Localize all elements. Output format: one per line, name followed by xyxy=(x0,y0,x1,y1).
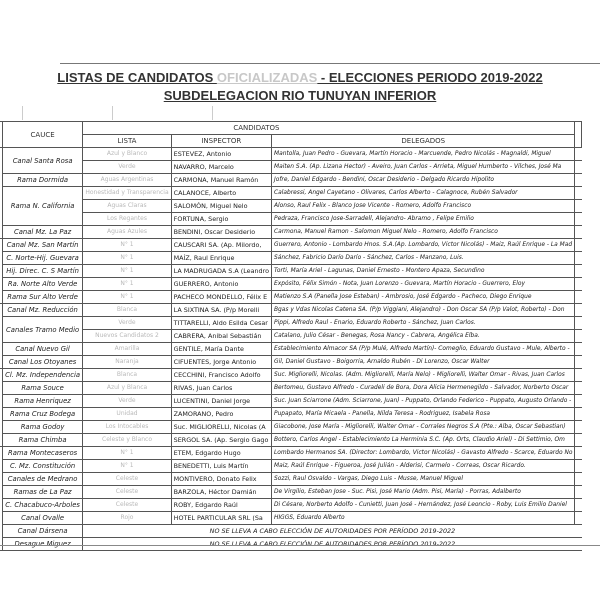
inspector-cell: CARMONA, Manuel Ramón xyxy=(171,174,271,187)
cauce-cell: C. Norte-Hij. Guevara xyxy=(2,252,83,265)
delegados-cell: Sánchez, Fabricio Darío Darío - Sánchez,… xyxy=(272,252,575,265)
table-row: NCIACl. Mz. IndependenciaBlancaCECCHINI,… xyxy=(0,369,582,382)
cauce-cell: Canal Ovalle xyxy=(2,512,83,525)
cauce-cell: Rama Montecaseros xyxy=(2,447,83,460)
delegados-cell: Suc. Juan Sciarrone (Adm. Sciarrone, Jua… xyxy=(272,395,575,408)
table-row: Rama N. CaliforniaHonestidad y Transpare… xyxy=(0,187,582,200)
lista-cell: Celeste xyxy=(83,486,171,499)
table-row: Ra. Norte Alto VerdeN° 1GUERRERO, Antoni… xyxy=(0,278,582,291)
cauce-cell: Canal Santa Rosa xyxy=(2,148,83,174)
delegados-cell: Carmona, Manuel Ramon - Salomon Miguel N… xyxy=(272,226,575,239)
lista-cell: N° 1 xyxy=(83,447,171,460)
inspector-cell: HOTEL PARTICULAR SRL (Sa xyxy=(171,512,271,525)
delegados-cell: Alonso, Raul Felix - Blanco Jose Vicente… xyxy=(272,200,575,213)
delegados-cell: Gil, Daniel Gustavo - Boigorria, Arnaldo… xyxy=(272,356,575,369)
lista-cell: Los Intocables xyxy=(83,421,171,434)
lista-cell: Los Regantes xyxy=(83,213,171,226)
inspector-cell: BARZOLA, Héctor Damián xyxy=(171,486,271,499)
table-row: Rama DormidaAguas ArgentinasCARMONA, Man… xyxy=(0,174,582,187)
table-row: Rama GodoyLos IntocablesSuc. MIGLIORELLI… xyxy=(0,421,582,434)
table-row: C. Norte-Hij. GuevaraN° 1MAÍZ, Raul Enri… xyxy=(0,252,582,265)
extra-cell xyxy=(575,382,582,395)
cauce-cell: Canales Tramo Medio xyxy=(2,317,83,343)
lista-cell: Blanca xyxy=(83,369,171,382)
cauce-cell: Canales de Medrano xyxy=(2,473,83,486)
inspector-cell: GUERRERO, Antonio xyxy=(171,278,271,291)
extra-cell xyxy=(575,252,582,265)
cauce-cell: Rama Cruz Bodega xyxy=(2,408,83,421)
inspector-cell: ETEM, Edgardo Hugo xyxy=(171,447,271,460)
delegados-cell: Mantolla, Juan Pedro - Guevara, Martín H… xyxy=(272,148,575,161)
delegados-cell: HIGGS, Eduardo Alberto xyxy=(272,512,575,525)
table-row: Aguas ClarasSALOMÓN, Miguel NeloAlonso, … xyxy=(0,200,582,213)
delegados-cell: Establecimiento Almacor SA (P/p Mulé, Al… xyxy=(272,343,575,356)
lista-cell: Unidad xyxy=(83,408,171,421)
extra-cell xyxy=(575,148,582,161)
lista-cell: N° 1 xyxy=(83,278,171,291)
no-election-note: NO SE LLEVA A CABO ELECCIÓN DE AUTORIDAD… xyxy=(83,525,582,538)
table-row: C. Mz. ConstituciónN° 1BENEDETTI, Luis M… xyxy=(0,460,582,473)
delegados-cell: Maiz, Raúl Enrique - Figueroa, José Juli… xyxy=(272,460,575,473)
cauce-cell: Canal Dársena xyxy=(2,525,83,538)
extra-cell xyxy=(575,499,582,512)
cauce-cell: Canal Mz. La Paz xyxy=(2,226,83,239)
extra-cell xyxy=(575,356,582,369)
lista-cell: N° 1 xyxy=(83,239,171,252)
extra-cell xyxy=(575,473,582,486)
inspector-cell: BENDINI, Oscar Desiderio xyxy=(171,226,271,239)
inspector-cell: CECCHINI, Francisco Adolfo xyxy=(171,369,271,382)
table-row: Ramas de La PazCelesteBARZOLA, Héctor Da… xyxy=(0,486,582,499)
table-body: OSACanal Santa RosaAzul y BlancoESTEVEZ,… xyxy=(0,148,582,551)
delegados-cell: Catalano, Julio César - Benegas, Rosa Na… xyxy=(272,330,575,343)
inspector-cell: PACHECO MONDELLO, Félix E xyxy=(171,291,271,304)
lista-cell: Verde xyxy=(83,317,171,330)
table-row: Canal Los OtoyanesNaranjaCIFUENTES, Jorg… xyxy=(0,356,582,369)
extra-cell xyxy=(575,369,582,382)
lista-cell: Aguas Azules xyxy=(83,226,171,239)
extra-cell xyxy=(575,213,582,226)
bottom-rule xyxy=(0,545,600,546)
lista-cell: N° 1 xyxy=(83,291,171,304)
cauce-cell: Hij. Direc. C. S Martín xyxy=(2,265,83,278)
delegados-cell: Giacobone, Jose María - Migliorelli, Wal… xyxy=(272,421,575,434)
lista-cell: Nuevos Candidatos 2 xyxy=(83,330,171,343)
inspector-cell: LUCENTINI, Daniel Jorge xyxy=(171,395,271,408)
table-row: Canal Nuevo GilAmarillaGENTILE, María Da… xyxy=(0,343,582,356)
inspector-cell: LA MADRUGADA S.A (Leandro xyxy=(171,265,271,278)
inspector-cell: RIVAS, Juan Carlos xyxy=(171,382,271,395)
column-tick xyxy=(112,106,113,120)
lista-cell: Celeste xyxy=(83,499,171,512)
header-lista: LISTA xyxy=(83,135,171,148)
cauce-cell: Canal Los Otoyanes xyxy=(2,356,83,369)
delegados-cell: Pupapato, María Micaela - Panella, Nilda… xyxy=(272,408,575,421)
document-title: LISTAS DE CANDIDATOS OFICIALIZADAS - ELE… xyxy=(0,70,600,85)
extra-cell xyxy=(575,265,582,278)
lista-cell: Blanca xyxy=(83,304,171,317)
extra-cell xyxy=(575,343,582,356)
table-row: Los RegantesFORTUNA, SergioPedraza, Fran… xyxy=(0,213,582,226)
extra-cell xyxy=(575,408,582,421)
table-row: Nuevos Candidatos 2CABRERA, Anibal Sebas… xyxy=(0,330,582,343)
cauce-cell: Canal Nuevo Gil xyxy=(2,343,83,356)
cauce-cell: C. Chacabuco-Arboles xyxy=(2,499,83,512)
cauce-cell: Canal Mz. San Martín xyxy=(2,239,83,252)
table-row: Canales de MedranoCelesteMONTIVERO, Dona… xyxy=(0,473,582,486)
title-part-1: LISTAS DE CANDIDATOS xyxy=(57,70,217,85)
extra-cell xyxy=(575,239,582,252)
extra-cell xyxy=(575,395,582,408)
document-subtitle: SUBDELEGACION RIO TUNUYAN INFERIOR xyxy=(0,88,600,103)
inspector-cell: FORTUNA, Sergio xyxy=(171,213,271,226)
extra-cell xyxy=(575,434,582,447)
inspector-cell: MAÍZ, Raul Enrique xyxy=(171,252,271,265)
extra-cell xyxy=(575,200,582,213)
cauce-cell: Ramas de La Paz xyxy=(2,486,83,499)
extra-cell xyxy=(575,317,582,330)
extra-cell xyxy=(575,174,582,187)
table-row: Rama SouceAzul y BlancaRIVAS, Juan Carlo… xyxy=(0,382,582,395)
table-row: SRama MontecaserosN° 1ETEM, Edgardo Hugo… xyxy=(0,447,582,460)
delegados-cell: Pippi, Alfredo Raul - Enario, Eduardo Ro… xyxy=(272,317,575,330)
table-row: Rama HenriquezVerdeLUCENTINI, Daniel Jor… xyxy=(0,395,582,408)
lista-cell: N° 1 xyxy=(83,460,171,473)
inspector-cell: CIFUENTES, Jorge Antonio xyxy=(171,356,271,369)
header-extra xyxy=(575,122,582,148)
extra-cell xyxy=(575,486,582,499)
cauce-cell: Canal Mz. Reducción xyxy=(2,304,83,317)
extra-cell xyxy=(575,304,582,317)
extra-cell xyxy=(575,460,582,473)
extra-cell xyxy=(575,330,582,343)
lista-cell: Celeste y Blanco xyxy=(83,434,171,447)
inspector-cell: TITTARELLI, Aldo Esilda Cesar xyxy=(171,317,271,330)
inspector-cell: NAVARRO, Marcelo xyxy=(171,161,271,174)
inspector-cell: ZAMORANO, Pedro xyxy=(171,408,271,421)
lista-cell: N° 1 xyxy=(83,252,171,265)
delegados-cell: Guerrero, Antonio - Lombardo Hnos. S.A.(… xyxy=(272,239,575,252)
delegados-cell: Di Césare, Norberto Adolfo - Cunietti, J… xyxy=(272,499,575,512)
table-row: Canal OvalleRojoHOTEL PARTICULAR SRL (Sa… xyxy=(0,512,582,525)
delegados-cell: Sozzi, Raul Osvaldo - Vargas, Diego Luis… xyxy=(272,473,575,486)
inspector-cell: CALANOCE, Alberto xyxy=(171,187,271,200)
delegados-cell: Maiten S.A. (Ap. Lizana Hector) - Aveiro… xyxy=(272,161,575,174)
inspector-cell: SERGOL SA. (Ap. Sergio Gago xyxy=(171,434,271,447)
extra-cell xyxy=(575,512,582,525)
delegados-cell: Pedraza, Francisco Jose-Sarradell, Aleja… xyxy=(272,213,575,226)
cauce-cell: Cl. Mz. Independencia xyxy=(2,369,83,382)
delegados-cell: Bertomeu, Gustavo Alfredo - Curadeli de … xyxy=(272,382,575,395)
extra-cell xyxy=(575,226,582,239)
cauce-cell: Rama Dormida xyxy=(2,174,83,187)
table-row: INCanal Mz. San MartínN° 1CAUSCARI SA. (… xyxy=(0,239,582,252)
lista-cell: Naranja xyxy=(83,356,171,369)
delegados-cell: Jofre, Daniel Edgardo - Bendini, Oscar D… xyxy=(272,174,575,187)
table-row: IACanal Mz. ReducciónBlancaLA SIXTINA SA… xyxy=(0,304,582,317)
table-row: Rama ChimbaCeleste y BlancoSERGOL SA. (A… xyxy=(0,434,582,447)
delegados-cell: Expósito, Félix Simón - Nota, Juan Loren… xyxy=(272,278,575,291)
table-row: Hij. Direc. C. S MartínN° 1LA MADRUGADA … xyxy=(0,265,582,278)
inspector-cell: Suc. MIGLIORELLI, Nicolas (A xyxy=(171,421,271,434)
table-row: Canal Mz. La PazAguas AzulesBENDINI, Osc… xyxy=(0,226,582,239)
lista-cell: Aguas Argentinas xyxy=(83,174,171,187)
extra-cell xyxy=(575,187,582,200)
cauce-cell: Rama Sur Alto Verde xyxy=(2,291,83,304)
inspector-cell: CAUSCARI SA. (Ap. Milordo, xyxy=(171,239,271,252)
delegados-cell: Matienzo S.A (Panella Jose Esteban) - Am… xyxy=(272,291,575,304)
lista-cell: Verde xyxy=(83,395,171,408)
lista-cell: Rojo xyxy=(83,512,171,525)
cauce-cell: Rama Chimba xyxy=(2,434,83,447)
cauce-cell: Desague Miguez xyxy=(2,538,83,551)
inspector-cell: MONTIVERO, Donato Felix xyxy=(171,473,271,486)
table-row: OSACanal Santa RosaAzul y BlancoESTEVEZ,… xyxy=(0,148,582,161)
no-election-note: NO SE LLEVA A CABO ELECCIÓN DE AUTORIDAD… xyxy=(83,538,582,551)
lista-cell: Azul y Blanca xyxy=(83,382,171,395)
lista-cell: Aguas Claras xyxy=(83,200,171,213)
cauce-cell: C. Mz. Constitución xyxy=(2,460,83,473)
extra-cell xyxy=(575,291,582,304)
lista-cell: Amarilla xyxy=(83,343,171,356)
header-cauce: CAUCE xyxy=(2,122,83,148)
table-row: VerdeNAVARRO, MarceloMaiten S.A. (Ap. Li… xyxy=(0,161,582,174)
delegados-cell: Bottero, Carlos Angel - Establecimiento … xyxy=(272,434,575,447)
top-rule xyxy=(60,63,600,64)
column-tick xyxy=(212,106,213,120)
extra-cell xyxy=(575,278,582,291)
table-row: Desague MiguezNO SE LLEVA A CABO ELECCIÓ… xyxy=(0,538,582,551)
header-candidatos: CANDIDATOS xyxy=(83,122,575,135)
header-delegados: DELEGADOS xyxy=(272,135,575,148)
inspector-cell: BENEDETTI, Luis Martín xyxy=(171,460,271,473)
delegados-cell: Bgas y Vdas Nicolas Catena SA. (P/p Vigg… xyxy=(272,304,575,317)
lista-cell: N° 1 xyxy=(83,265,171,278)
delegados-cell: Calabressi, Angel Cayetano - Olivares, C… xyxy=(272,187,575,200)
delegados-cell: Torti, María Ariel - Lagunas, Daniel Ern… xyxy=(272,265,575,278)
lista-cell: Azul y Blanco xyxy=(83,148,171,161)
header-inspector: INSPECTOR xyxy=(171,135,271,148)
delegados-cell: De Virgilio, Esteban Jose - Suc. Pisi, J… xyxy=(272,486,575,499)
cauce-cell: Rama Souce xyxy=(2,382,83,395)
inspector-cell: GENTILE, María Dante xyxy=(171,343,271,356)
inspector-cell: LA SIXTINA SA. (P/p Morelli xyxy=(171,304,271,317)
inspector-cell: ESTEVEZ, Antonio xyxy=(171,148,271,161)
inspector-cell: ROBY, Edgardo Raúl xyxy=(171,499,271,512)
cauce-cell: Ra. Norte Alto Verde xyxy=(2,278,83,291)
table-row: Canal DársenaNO SE LLEVA A CABO ELECCIÓN… xyxy=(0,525,582,538)
delegados-cell: Lombardo Hermanos SA. (Director: Lombard… xyxy=(272,447,575,460)
candidates-table: IÓN CAUCE CANDIDATOS LISTA INSPECTOR DEL… xyxy=(0,121,582,551)
column-tick xyxy=(22,106,23,120)
table-row: Canales Tramo MedioVerdeTITTARELLI, Aldo… xyxy=(0,317,582,330)
lista-cell: Celeste xyxy=(83,473,171,486)
cauce-cell: Rama Henriquez xyxy=(2,395,83,408)
inspector-cell: CABRERA, Anibal Sebastián xyxy=(171,330,271,343)
title-part-3: - ELECCIONES PERIODO 2019-2022 xyxy=(317,70,542,85)
table-row: Rama Sur Alto VerdeN° 1PACHECO MONDELLO,… xyxy=(0,291,582,304)
table-row: Rama Cruz BodegaUnidadZAMORANO, PedroPup… xyxy=(0,408,582,421)
table-row: C. Chacabuco-ArbolesCelesteROBY, Edgardo… xyxy=(0,499,582,512)
cauce-cell: Rama Godoy xyxy=(2,421,83,434)
delegados-cell: Suc. Migliorelli, Nicolas. (Adm. Miglior… xyxy=(272,369,575,382)
lista-cell: Honestidad y Transparencia xyxy=(83,187,171,200)
cauce-cell: Rama N. California xyxy=(2,187,83,226)
title-faded-word: OFICIALIZADAS xyxy=(217,70,317,85)
inspector-cell: SALOMÓN, Miguel Nelo xyxy=(171,200,271,213)
extra-cell xyxy=(575,421,582,434)
lista-cell: Verde xyxy=(83,161,171,174)
extra-cell xyxy=(575,161,582,174)
extra-cell xyxy=(575,447,582,460)
